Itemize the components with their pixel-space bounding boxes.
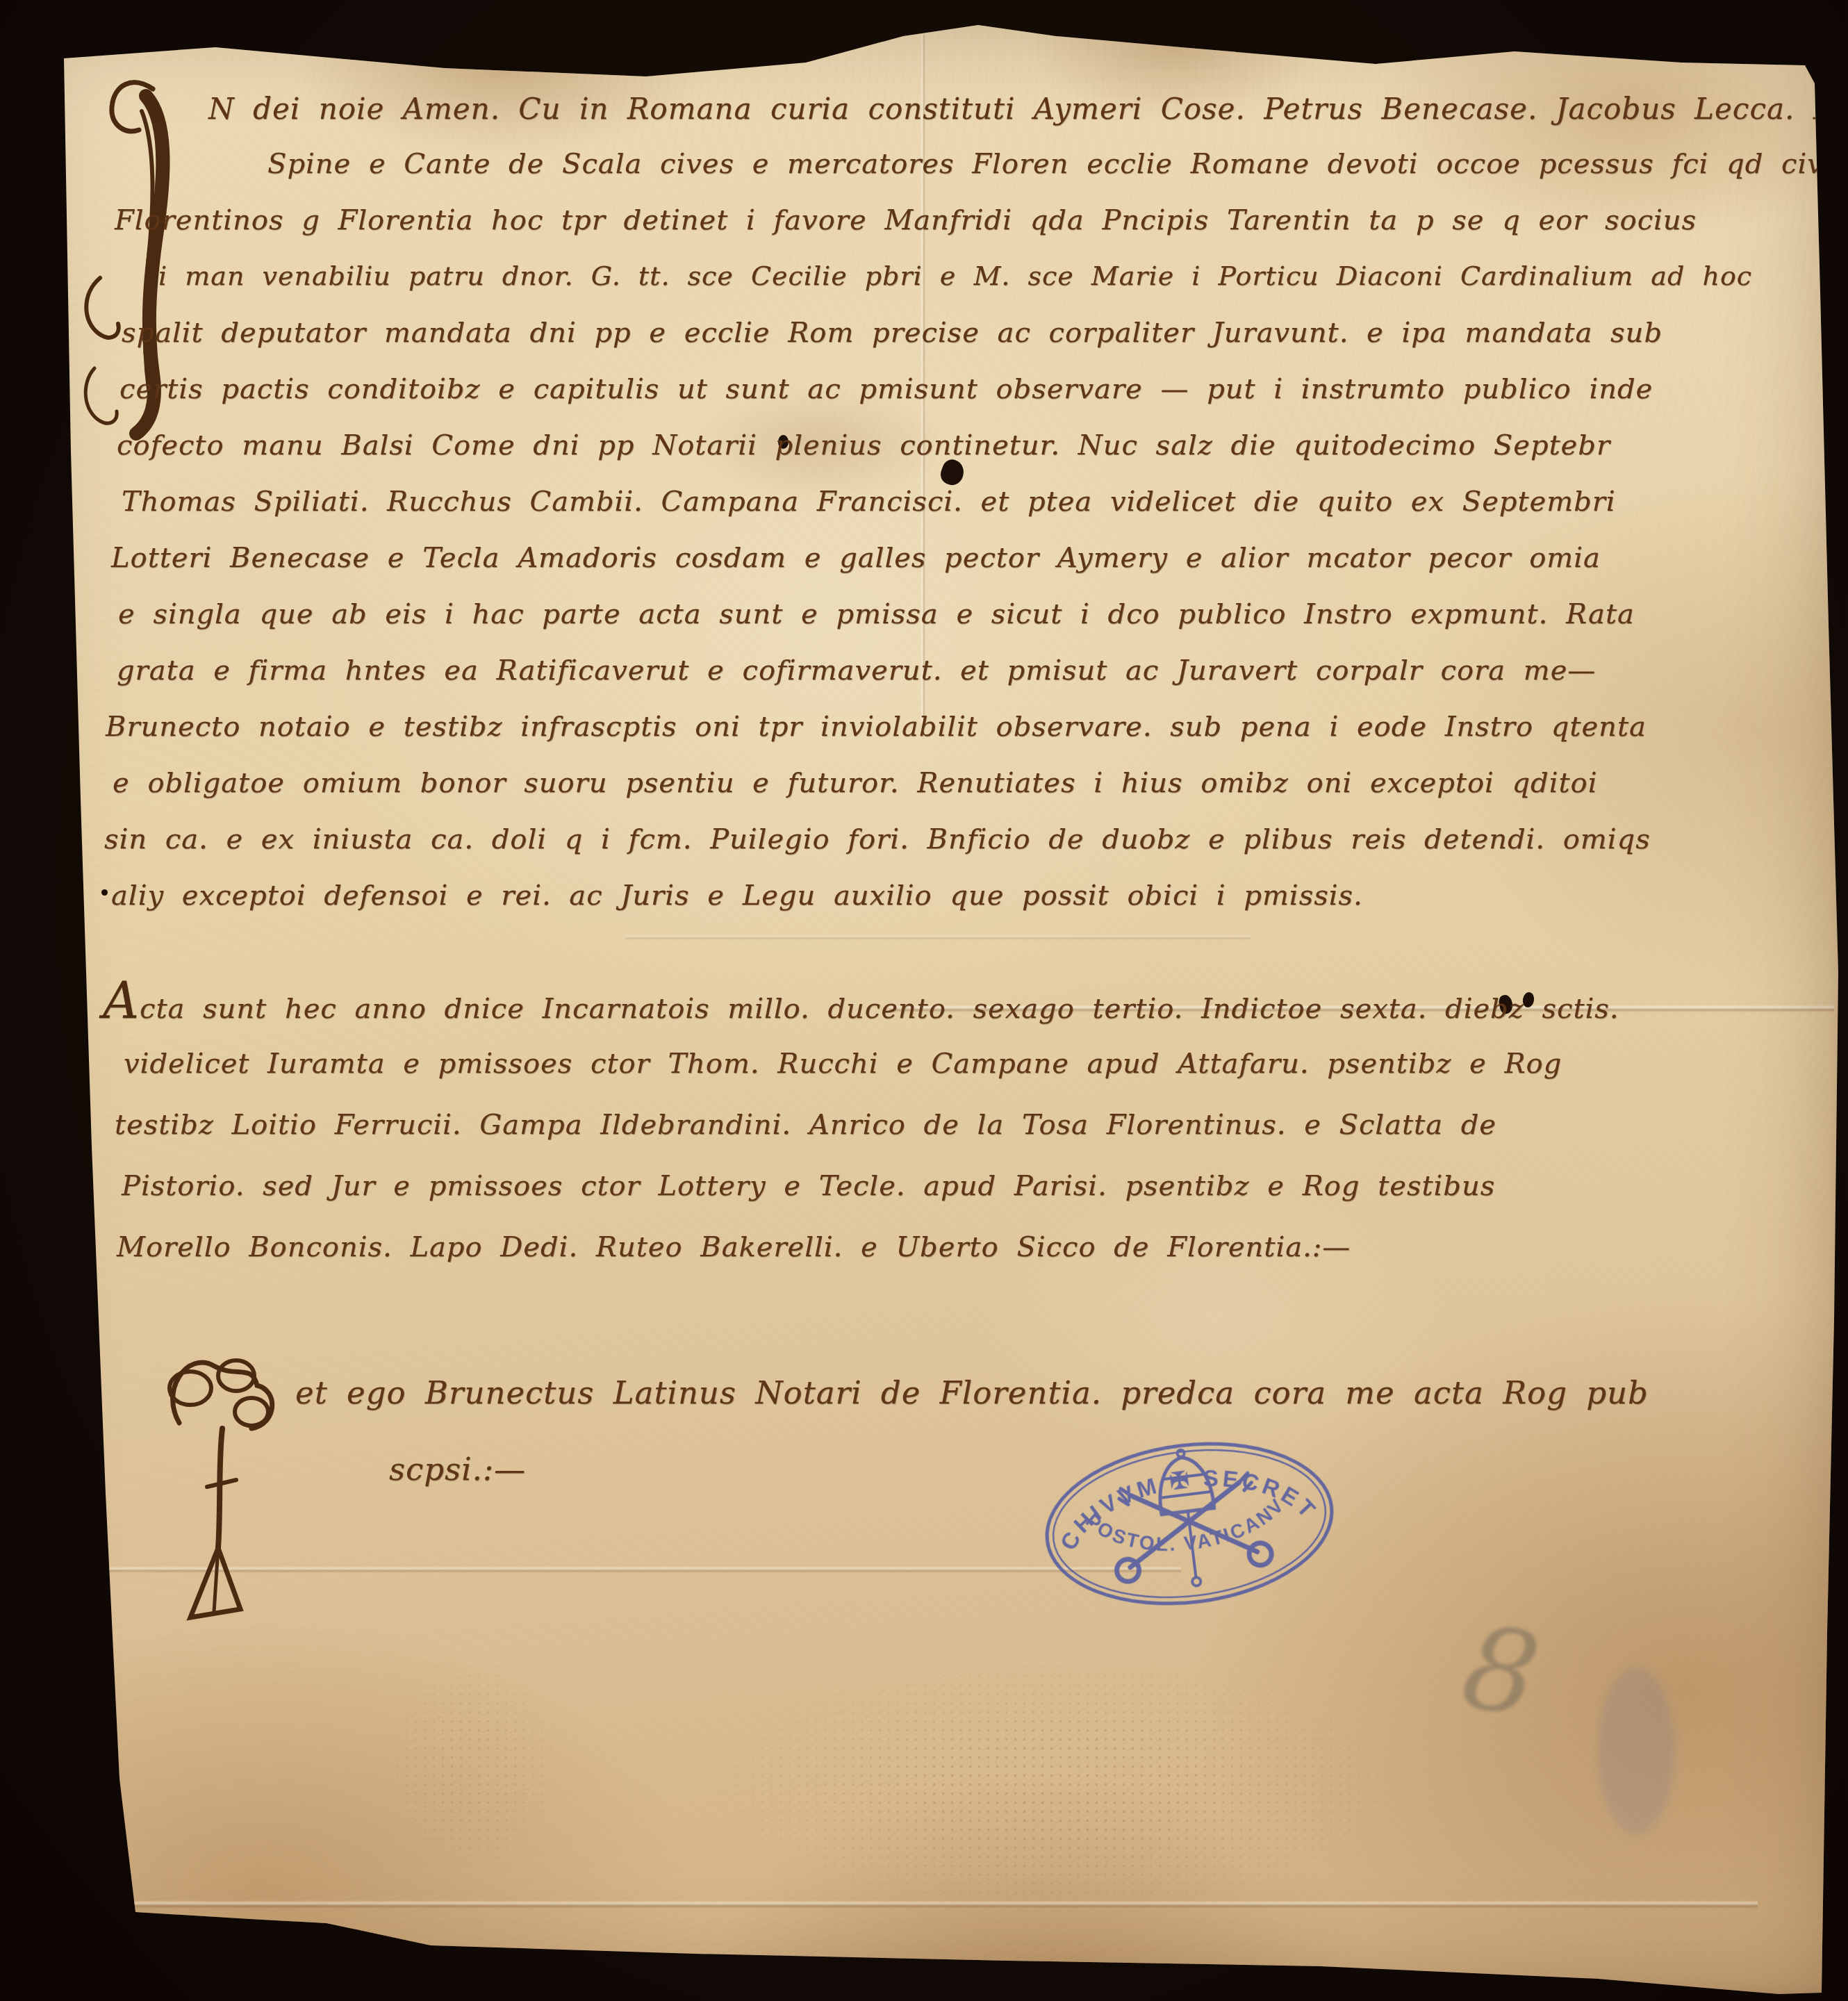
ink-blot <box>1497 994 1515 1015</box>
pencil-mark: 8 <box>1453 1599 1549 1743</box>
manuscript-line: spalit deputator mandata dni pp e ecclie… <box>122 317 1663 349</box>
manuscript-line: videlicet Iuramta e pmissoes ctor Thom. … <box>124 1048 1562 1080</box>
manuscript-line: e obligatoe omium bonor suoru psentiu e … <box>113 767 1597 799</box>
ink-blot <box>938 457 967 488</box>
crease-line <box>97 1566 1181 1573</box>
manuscript-line: certis pactis conditoibz e capitulis ut … <box>119 373 1653 405</box>
manuscript-line: cofecto manu Balsi Come dni pp Notarii p… <box>117 429 1610 461</box>
stipple-texture <box>695 1654 1424 1925</box>
manuscript-line: Pistorio. sed Jur e pmissoes ctor Lotter… <box>122 1170 1495 1202</box>
manuscript-line: testibz Loitio Ferrucii. Gampa Ildebrand… <box>115 1109 1496 1141</box>
manuscript-line: e singla que ab eis i hac parte acta sun… <box>118 598 1635 630</box>
stamp-bottom-text: APOSTOL. VATICANVM. <box>1080 1486 1293 1567</box>
decorated-initial-icon <box>54 69 214 445</box>
manuscript-line: Florentinos g Florentia hoc tpr detinet … <box>115 204 1697 236</box>
papal-tiara-icon <box>1154 1447 1214 1515</box>
manuscript-line: scpsi.:— <box>389 1451 526 1488</box>
crease-line <box>921 35 925 723</box>
manuscript-line: Spine e Cante de Scala cives e mercatore… <box>267 148 1848 180</box>
manuscript-line: Acta sunt hec anno dnice Incarnatois mil… <box>103 987 1619 1025</box>
ink-blot <box>101 889 108 896</box>
notarial-sign-icon <box>147 1340 293 1638</box>
parchment-grain-texture <box>0 0 1848 2001</box>
parchment-sheet: N dei noie Amen. Cu in Romana curia cons… <box>0 0 1848 2001</box>
manuscript-line: grata e firma hntes ea Ratificaverut e c… <box>117 654 1596 686</box>
manuscript-line: Morello Bonconis. Lapo Dedi. Ruteo Baker… <box>117 1231 1351 1263</box>
vatican-archive-stamp: • ARCHIVVM ✠ SECRETVM • APOSTOL. VATICAN… <box>1027 1419 1351 1629</box>
manuscript-line: i man venabiliu patru dnor. G. tt. sce C… <box>158 261 1752 291</box>
manuscript-line: N dei noie Amen. Cu in Romana curia cons… <box>208 92 1848 126</box>
stipple-texture <box>375 1654 570 1883</box>
ink-smudge <box>1598 1667 1674 1834</box>
crossed-keys-icon <box>1107 1472 1274 1595</box>
ink-blot <box>1521 991 1535 1008</box>
ink-blot <box>778 435 789 449</box>
crease-line <box>889 1005 1834 1012</box>
manuscript-line: et ego Brunectus Latinus Notari de Flore… <box>295 1374 1649 1411</box>
manuscript-line: Thomas Spiliati. Rucchus Cambii. Campana… <box>122 486 1616 518</box>
manuscript-line: Lotteri Benecase e Tecla Amadoris cosdam… <box>111 542 1601 574</box>
photo-background: N dei noie Amen. Cu in Romana curia cons… <box>0 0 1848 2001</box>
manuscript-line: Brunecto notaio e testibz infrascptis on… <box>106 711 1647 743</box>
stamp-top-text: • ARCHIVVM ✠ SECRETVM • <box>1048 1451 1324 1557</box>
manuscript-line: aliy exceptoi defensoi e rei. ac Juris e… <box>111 880 1363 912</box>
crease-line <box>104 1900 1758 1909</box>
crease-line <box>625 934 1251 940</box>
manuscript-line: sin ca. e ex iniusta ca. doli q i fcm. P… <box>104 823 1651 855</box>
